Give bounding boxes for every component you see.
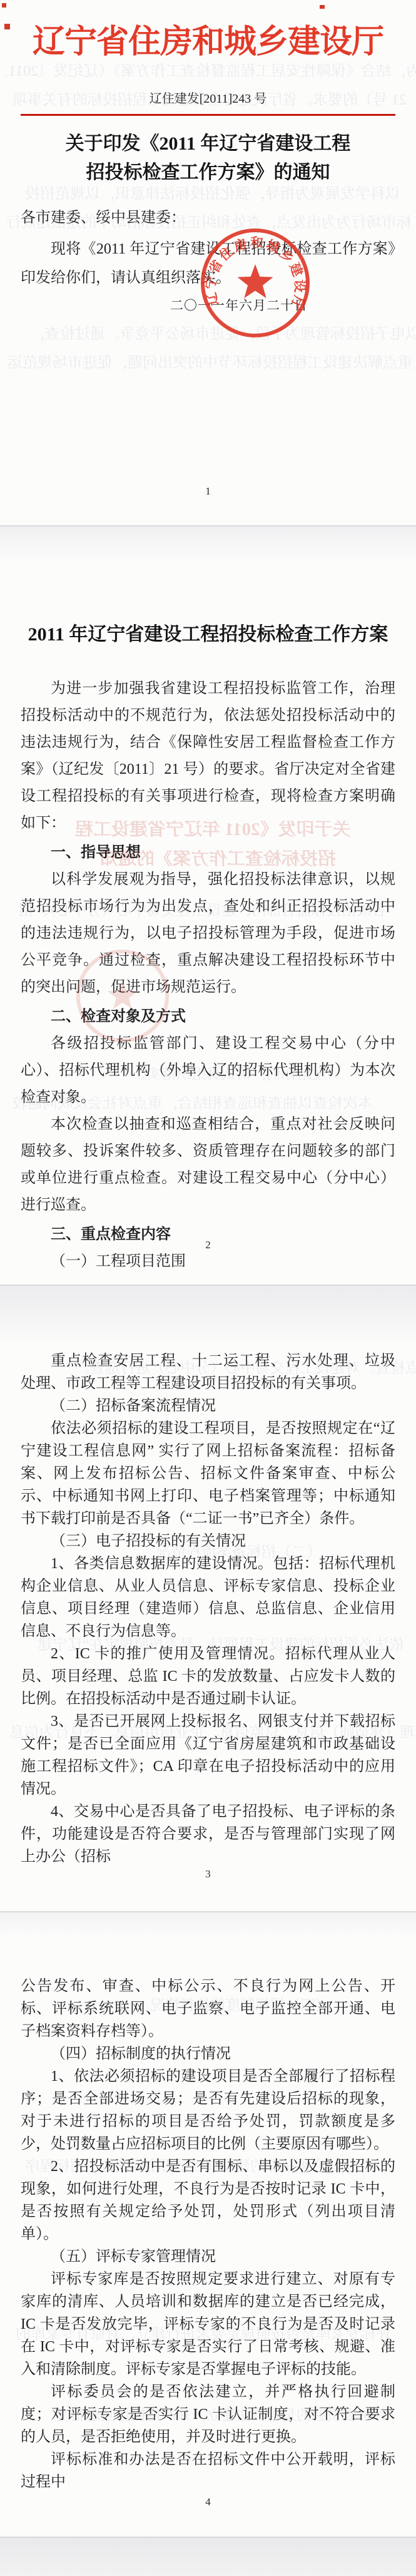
- subsection-heading-1: （一）工程项目范围: [21, 1248, 395, 1275]
- page-2: 关于印发《2011 年辽宁省建设工程 招投标检查工作方案》的通知 各级招投标监管…: [0, 526, 416, 1285]
- numbered-item-3: 3、是否已开展网上投标报名、网银支付并下载招标文件；是否已全面应用《辽宁省房屋建…: [21, 1710, 395, 1800]
- bleed-through-seal: [74, 947, 171, 1045]
- paragraph: 评标专家库是否按照规定要求进行建立、对原有专家库的清库、人员培训和数据库的建立是…: [21, 2268, 395, 2381]
- continued-paragraph: 公告发布、审查、中标公示、不良行为网上公告、开标、评标系统联网、电子监察、电子监…: [21, 1975, 395, 2043]
- notice-title-line2: 招投标检查工作方案》的通知: [0, 158, 416, 187]
- page-number: 1: [0, 485, 416, 498]
- page-1: 为，结合《保障性安居工程监督检查工作方案》（辽纪发〔2011〕 21 号）的要求…: [0, 0, 416, 525]
- page-number: 4: [0, 2496, 416, 2508]
- numbered-item-4: 4、交易中心是否具备了电子招投标、电子评标的条件，功能建设是否符合要求，是否与管…: [21, 1800, 395, 1868]
- letterhead-red-rule: [21, 114, 395, 116]
- notice-title-line1: 关于印发《2011 年辽宁省建设工程: [0, 130, 416, 158]
- bleed-through-text: 重点解决建设工程招投标环节中的突出问题，促进市场规范运: [8, 354, 413, 372]
- subsection-heading-4: （四）招标制度的执行情况: [21, 2043, 395, 2065]
- scan-artifact: [320, 5, 325, 9]
- paragraph: 依法必须招标的建设工程项目，是否按照规定在“辽宁建设工程信息网” 实行了网上招标…: [21, 1417, 395, 1530]
- subsection-heading-2: （二）招标备案流程情况: [21, 1395, 395, 1417]
- letterhead-agency-name: 辽宁省住房和城乡建设厅: [13, 18, 403, 68]
- numbered-item-1: 1、依法必须招标的建设项目是否全部履行了招标程序；是否全部进场交易；是否有先建设…: [21, 2065, 395, 2155]
- page-number: 3: [0, 1868, 416, 1881]
- seal-star-icon: [238, 264, 273, 298]
- paragraph: 本次检查以抽查和巡查相结合，重点对社会反映问题较多、投诉案件较多、资质管理存在问…: [21, 1111, 395, 1219]
- scan-artifact: [4, 24, 10, 29]
- page-number: 2: [0, 1239, 416, 1251]
- paragraph: 重点检查安居工程、十二运工程、污水处理、垃圾处理、市政工程等工程建设项目招投标的…: [21, 1350, 395, 1395]
- paragraph: 评标委员会的是否依法建立，并严格执行回避制度；对评标专家是否实行 IC 卡认证制…: [21, 2381, 395, 2448]
- numbered-item-2: 2、IC 卡的推广使用及管理情况。招标代理从业人员、项目经理、总监 IC 卡的发…: [21, 1643, 395, 1710]
- addressee-line: 各市建委、绥中县建委：: [21, 208, 395, 227]
- bleed-through-text: 以科学发展观为指导，强化招投标法律意识，以规范招投: [25, 185, 400, 203]
- page-3: 重点检查。对建设工程交易中心（分中心）进行巡查。 （二）招标备案流程情况 依法必…: [0, 1286, 416, 1911]
- scanned-document: 为，结合《保障性安居工程监督检查工作方案》（辽纪发〔2011〕 21 号）的要求…: [0, 0, 416, 2576]
- page-4: （四）招标制度的执行情况 1、依法必须招标的建设项目是否全部履行了招标程序 评标…: [0, 1912, 416, 2537]
- official-red-seal: 辽宁省住房和城乡建设厅: [198, 225, 313, 341]
- subsection-heading-5: （五）评标专家管理情况: [21, 2245, 395, 2268]
- section-heading-1: 一、指导思想: [21, 839, 395, 866]
- paragraph: 评标标准和办法是否在招标文件中公开载明，评标过程中: [21, 2448, 395, 2493]
- plan-intro-paragraph: 为进一步加强我省建设工程招投标监管工作，治理招投标活动中的不规范行为，依法惩处招…: [21, 675, 395, 837]
- subsection-heading-3: （三）电子招投标的有关情况: [21, 1530, 395, 1552]
- numbered-item-2: 2、招投标活动中是否有围标、串标以及虚假招标的现象，如何进行处理，不良行为是否按…: [21, 2155, 395, 2245]
- document-number: 辽住建发[2011]243 号: [0, 91, 416, 106]
- page-5-edge: [0, 2538, 416, 2576]
- scan-artifact: [2, 3, 6, 8]
- plan-title: 2011 年辽宁省建设工程招投标检查工作方案: [9, 620, 407, 649]
- numbered-item-1: 1、各类信息数据库的建设情况。包括：招标代理机构企业信息、从业人员信息、评标专家…: [21, 1552, 395, 1643]
